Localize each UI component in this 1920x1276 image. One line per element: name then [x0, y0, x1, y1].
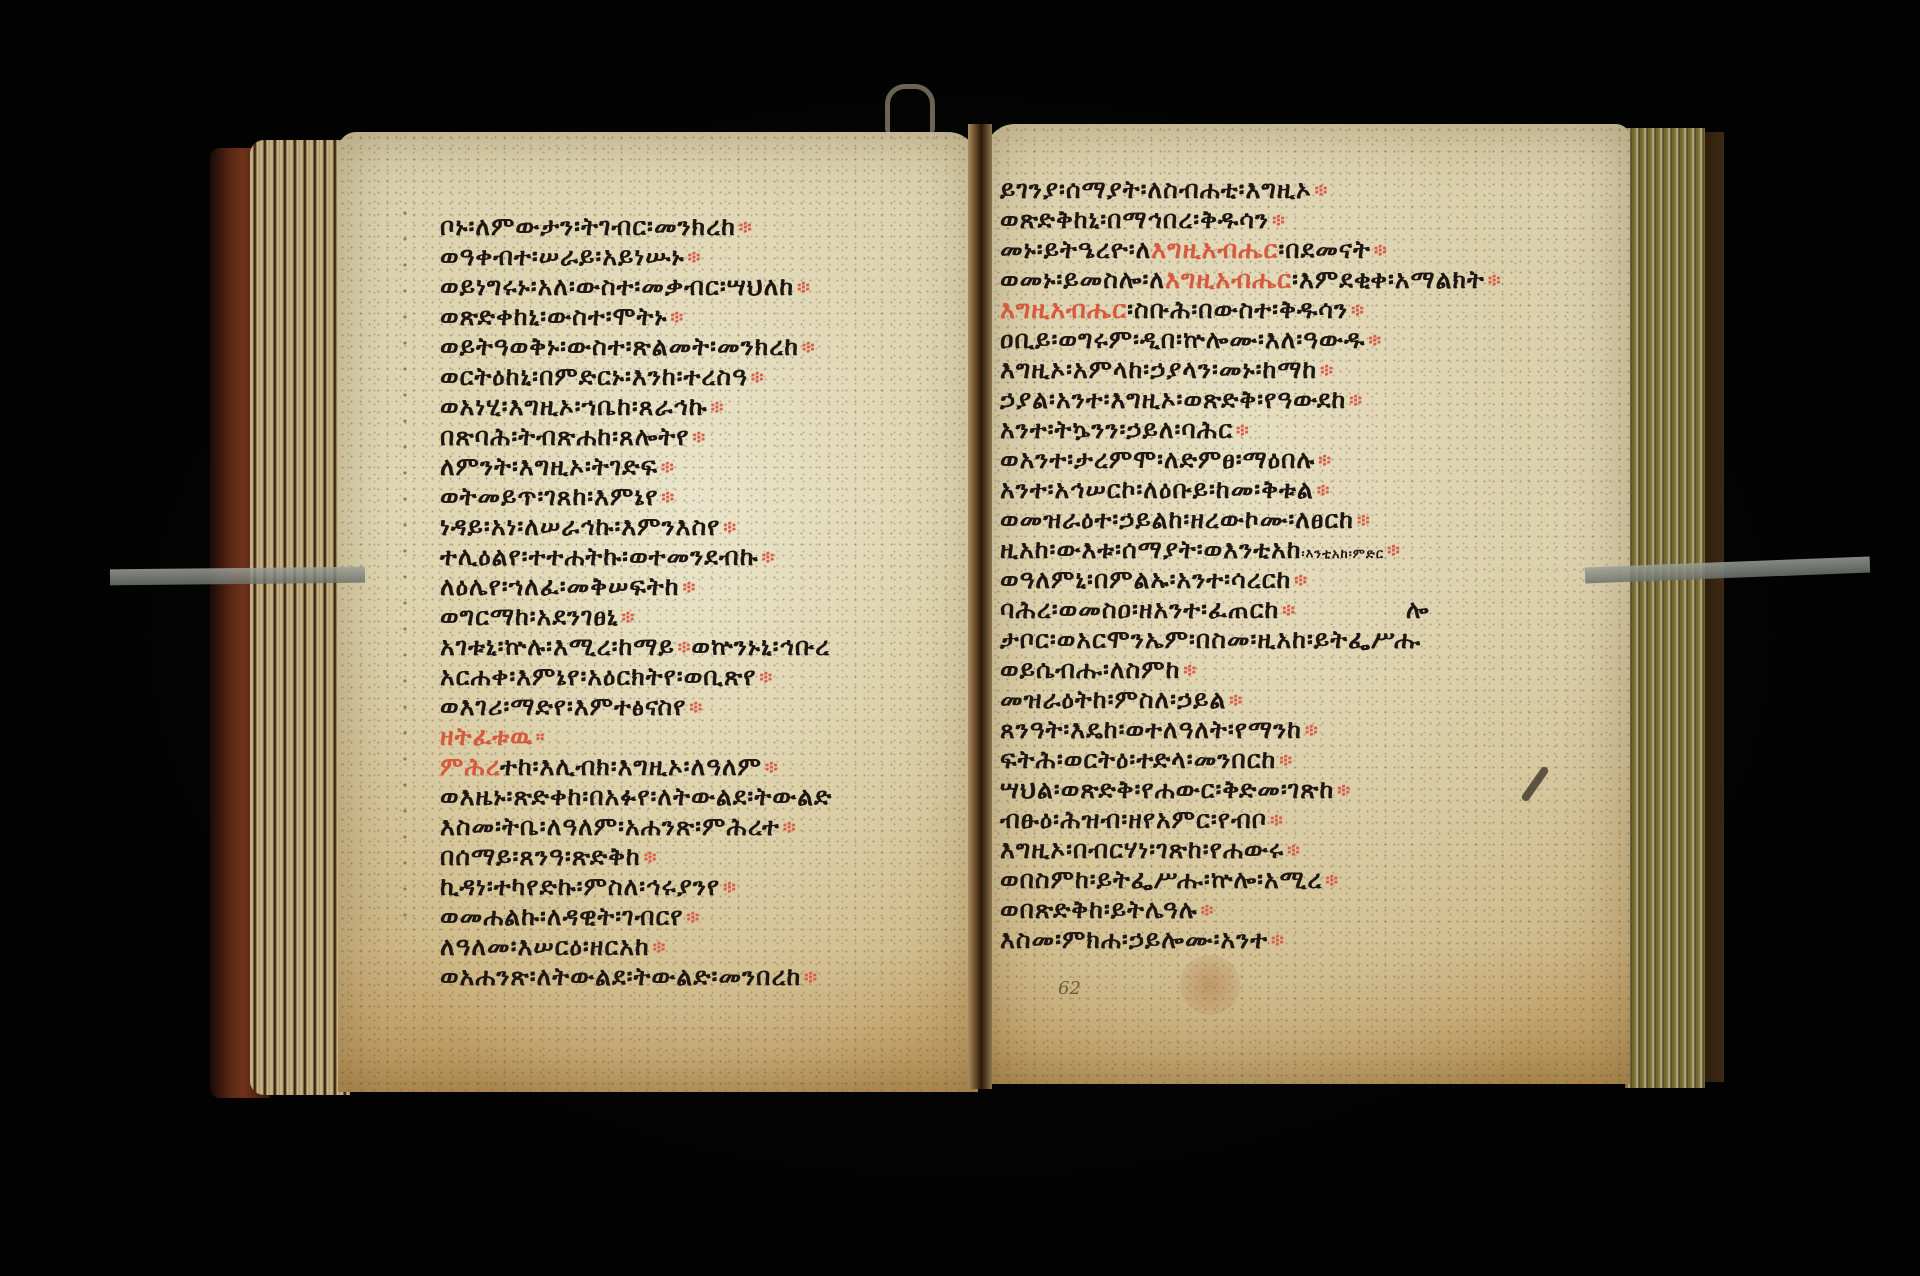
manuscript-line: ነዳይ፡አነ፡ለሠራኅኩ፡እምንእስየ፨	[440, 512, 832, 542]
manuscript-line: መዝራዕትከ፡ምስለ፡ኃይል፨	[1000, 685, 1501, 715]
folio-number: 62	[1058, 978, 1081, 999]
manuscript-line: ወእገሪ፡ማድየ፡እምተፅናስየ፨	[440, 692, 832, 722]
page-holder-left	[110, 567, 365, 586]
manuscript-line: ወጽድቅከኒ፡በማኅበረ፡ቅዱሳን፨	[1000, 205, 1501, 235]
manuscript-line: ወዓቀብተ፡ሠራይ፡አይነሡኑ፨	[440, 242, 832, 272]
manuscript-line: ወአነሂ፡እግዚኦ፡ኀቤከ፡ጸራኅኩ፨	[440, 392, 832, 422]
gutter	[968, 124, 992, 1089]
manuscript-line: በጽባሕ፡ትብጽሐከ፡ጸሎትየ፨	[440, 422, 832, 452]
manuscript-line: እስመ፡ትቤ፡ለዓለም፡አሐንጽ፡ምሕረተ፨	[440, 812, 832, 842]
manuscript-line: እግዚኦ፡አምላከ፡ኃያላን፡መኑ፡ከማከ፨	[1000, 355, 1501, 385]
left-page-text: ቦኑ፡ለምውታን፡ትገብር፡መንክረከ፨ወዓቀብተ፡ሠራይ፡አይነሡኑ፨ወይነግ…	[440, 212, 832, 992]
margin-prickings	[402, 200, 408, 920]
margin-note: ሎ	[1406, 595, 1430, 624]
manuscript-line: አንተ፡አኅሠርኮ፡ለዕቡይ፡ከመ፡ቅቱል፨	[1000, 475, 1501, 505]
binding-thread	[885, 84, 935, 133]
manuscript-line: ወአሐንጽ፡ለትውልደ፡ትውልድ፡መንበረከ፨	[440, 962, 832, 992]
manuscript-line: ይገንያ፡ሰማያት፡ለስብሐቲ፡እግዚኦ፨	[1000, 175, 1501, 205]
manuscript-line: አርሐቀ፡እምኔየ፡አዕርክትየ፡ወቢጽየ፨	[440, 662, 832, 692]
manuscript-line: ወመሐልኩ፡ለዳዊት፡ገብርየ፨	[440, 902, 832, 932]
manuscript-line: ብፁዕ፡ሕዝብ፡ዘየአምር፡የብቦ፨	[1000, 805, 1501, 835]
manuscript-line: ወትመይጥ፡ገጸከ፡እምኔየ፨	[440, 482, 832, 512]
manuscript-line: ወጽድቀከኒ፡ውስተ፡ሞትኑ፨	[440, 302, 832, 332]
manuscript-line: ሣህል፡ወጽድቅ፡የሐውር፡ቅድመ፡ገጽከ፨	[1000, 775, 1501, 805]
manuscript-line: ለዕሌየ፡ኀለፈ፡መቅሠፍትከ፨	[440, 572, 832, 602]
manuscript-line: በሰማይ፡ጸንዓ፡ጽድቅከ፨	[440, 842, 832, 872]
manuscript-line: ጸንዓት፡እዴከ፡ወተለዓለት፡የማንከ፨	[1000, 715, 1501, 745]
manuscript-line: ለዓለመ፡እሠርዕ፡ዘርአከ፨	[440, 932, 832, 962]
manuscript-line: ዘትፈቱዉ።	[440, 722, 832, 752]
manuscript-line: ባሕረ፡ወመስዐ፡ዘአንተ፡ፈጠርከ፨ሎ	[1000, 595, 1501, 625]
manuscript-line: ኃያል፡አንተ፡እግዚኦ፡ወጽድቅ፡የዓውደከ፨	[1000, 385, 1501, 415]
manuscript-line: ፍትሕ፡ወርትዕ፡ተድላ፡መንበርከ፨	[1000, 745, 1501, 775]
manuscript-line: ምሕረተከ፡እሊብክ፡እግዚኦ፡ለዓለም፨	[440, 752, 832, 782]
manuscript-line: ዐቢይ፡ወግሩም፡ዲበ፡ኵሎሙ፡እለ፡ዓውዱ፨	[1000, 325, 1501, 355]
manuscript-line: ወግርማከ፡አደንገፀኒ፨	[440, 602, 832, 632]
manuscript-line: ወበጽድቅከ፡ይትሌዓሉ፨	[1000, 895, 1501, 925]
right-page-text: ፨ይገንያ፡ሰማያት፡ለስብሐቲ፡እግዚኦ፨ወጽድቅከኒ፡በማኅበረ፡ቅዱሳን፨…	[1000, 175, 1501, 955]
manuscript-line: ወይሴብሑ፡ለስምከ፨	[1000, 655, 1501, 685]
manuscript-line: ወእዜኑ፡ጽድቀከ፡በአፉየ፡ለትውልደ፡ትውልድ	[440, 782, 832, 812]
manuscript-line: ወርትዕከኒ፡በምድርኑ፡እንከ፡ተረስዓ፨	[440, 362, 832, 392]
manuscript-line: ዚአከ፡ውእቱ፡ሰማያት፡ወእንቲአከ፡እንቲአከ፡ምድር፨	[1000, 535, 1501, 565]
manuscript-line: ወመኑ፡ይመስሎ፡ለእግዚአብሔር፡እምደቂቀ፡አማልክት፨	[1000, 265, 1501, 295]
page-stack-right	[1625, 128, 1705, 1088]
manuscript-line: አንተ፡ትኴንን፡ኃይለ፡ባሕር፨	[1000, 415, 1501, 445]
manuscript-line: እግዚአብሔር፡ስቡሕ፡በውስተ፡ቅዱሳን፨	[1000, 295, 1501, 325]
manuscript-line: መኑ፡ይትዔረዮ፡ለእግዚአብሔር፡በደመናት፨	[1000, 235, 1501, 265]
manuscript-line: ወዓለምኒ፡በምልኡ፡አንተ፡ሳረርከ፨	[1000, 565, 1501, 595]
manuscript-line: ቦኑ፡ለምውታን፡ትገብር፡መንክረከ፨	[440, 212, 832, 242]
manuscript-line: ወመዝራዕተ፡ኃይልከ፡ዘረውኮሙ፡ለፀርከ፨	[1000, 505, 1501, 535]
manuscript-line: እስመ፡ምክሐ፡ኃይሎሙ፡አንተ፨	[1000, 925, 1501, 955]
manuscript-line: እግዚኦ፡በብርሃነ፡ገጽከ፡የሐውሩ፨	[1000, 835, 1501, 865]
manuscript-line: ለምንት፡እግዚኦ፡ትገድፍ፨	[440, 452, 832, 482]
manuscript-line: ወይነግሩኑ፡አለ፡ውስተ፡መቃብር፡ሣህለከ፨	[440, 272, 832, 302]
manuscript-line: ተሊዕልየ፡ተተሐትኩ፡ወተመንደብኩ፨	[440, 542, 832, 572]
manuscript-line: አገቱኒ፡ኵሉ፡እሚረ፡ከማይ፨ወኵንኑኒ፡ኅቡረ	[440, 632, 832, 662]
manuscript-line: ኪዳነ፡ተካየድኩ፡ምስለ፡ኅሩያንየ፨	[440, 872, 832, 902]
stain	[1180, 955, 1240, 1015]
manuscript-line: ወበስምከ፡ይትፌሥሑ፡ኵሎ፡አሚረ፨	[1000, 865, 1501, 895]
page-stack-left	[250, 140, 350, 1095]
manuscript-line: ታቦር፡ወአርሞንኤም፡በስመ፡ዚአከ፡ይትፌሥሑ	[1000, 625, 1501, 655]
manuscript-line: ወይትዓወቅኑ፡ውስተ፡ጽልመት፡መንክረከ፨	[440, 332, 832, 362]
manuscript-line: ወአንተ፡ታረምሞ፡ለድምፀ፡ማዕበሉ፨	[1000, 445, 1501, 475]
